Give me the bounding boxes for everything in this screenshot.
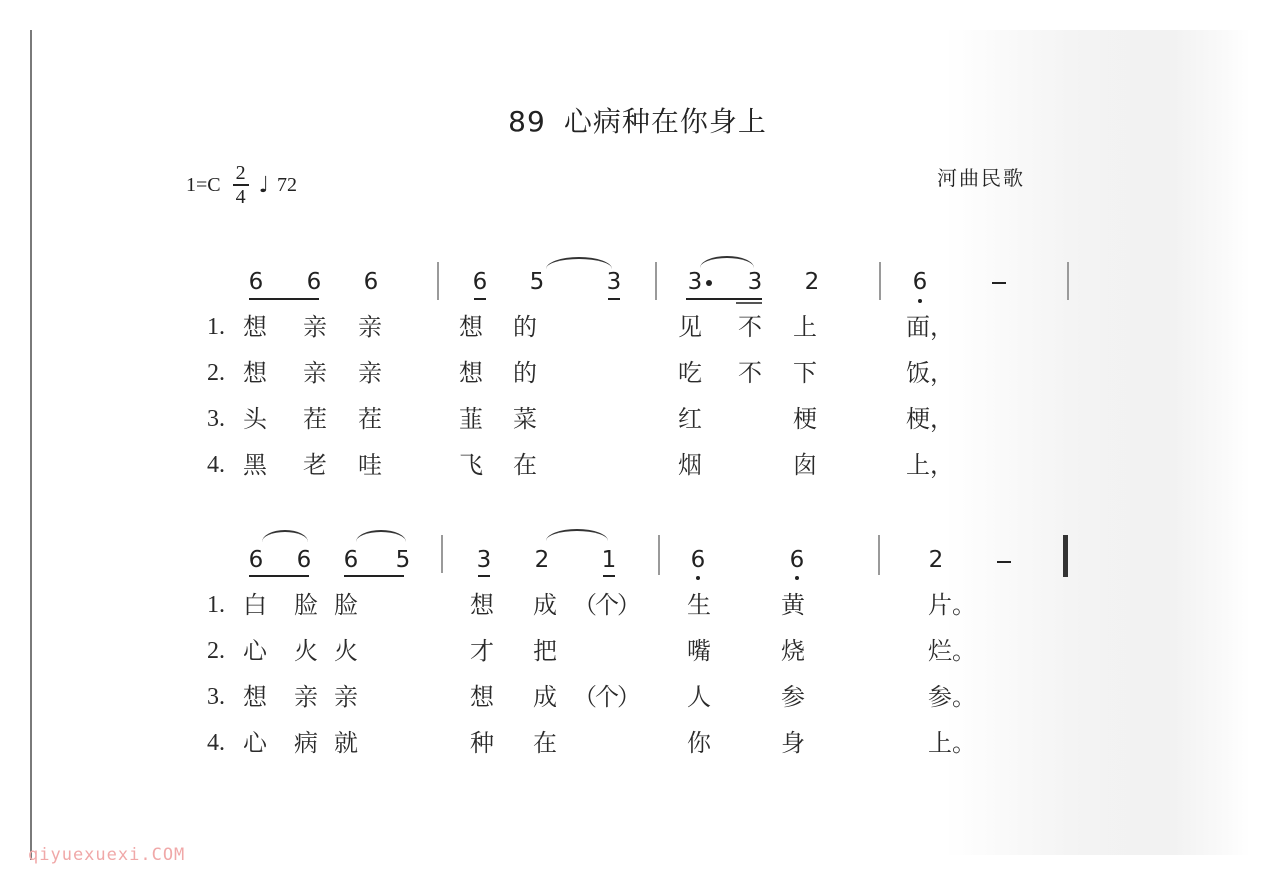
verse-number: 2.	[207, 636, 225, 666]
lyric: 嘴	[687, 636, 711, 666]
lyric: 生	[687, 590, 711, 620]
eighth-underline	[603, 575, 615, 577]
lyric: 脸	[334, 590, 358, 620]
lyric: 才	[470, 636, 494, 666]
lyric: 亲	[334, 682, 358, 712]
lyric: 脸	[294, 590, 318, 620]
note: 6	[294, 546, 314, 574]
note: 6	[787, 546, 807, 574]
lyric: 上。	[928, 728, 976, 758]
lyric: 心	[243, 636, 267, 666]
barline	[441, 535, 443, 573]
note: 1	[599, 546, 619, 574]
barline	[658, 535, 660, 575]
note: 2	[532, 546, 552, 574]
verse-number: 3.	[207, 682, 225, 712]
barline	[878, 535, 880, 575]
lyric: 身	[781, 728, 805, 758]
lyric: 你	[687, 728, 711, 758]
hold-dash	[997, 561, 1011, 563]
lyric: 白	[243, 590, 267, 620]
slur	[546, 529, 608, 541]
note: 2	[926, 546, 946, 574]
note: 5	[393, 546, 413, 574]
eighth-beam	[344, 575, 404, 577]
lyric: 想	[243, 682, 267, 712]
lyric: 亲	[294, 682, 318, 712]
lyric: 病	[294, 728, 318, 758]
lyric: 参	[781, 682, 805, 712]
lyric: 心	[243, 728, 267, 758]
note: 6	[341, 546, 361, 574]
lyric: 烧	[781, 636, 805, 666]
low-octave-dot	[795, 576, 799, 580]
lyric: 参。	[928, 682, 976, 712]
lyric: 就	[334, 728, 358, 758]
note: 6	[246, 546, 266, 574]
lyric: 黄	[781, 590, 805, 620]
lyric: 烂。	[928, 636, 976, 666]
system-2-notation: 6 6 6 5 3 2 1 6 6 2	[0, 0, 1275, 885]
lyric: 在	[533, 728, 557, 758]
final-barline	[1063, 535, 1068, 577]
lyric: 片。	[928, 590, 976, 620]
lyric: 成	[533, 590, 557, 620]
lyric: （个）	[573, 682, 639, 712]
eighth-underline	[478, 575, 490, 577]
slur	[262, 530, 308, 542]
note: 6	[688, 546, 708, 574]
note: 3	[474, 546, 494, 574]
eighth-beam	[249, 575, 309, 577]
low-octave-dot	[696, 576, 700, 580]
site-watermark: qiyuexuexi.COM	[28, 845, 185, 865]
verse-number: 1.	[207, 590, 225, 620]
lyric: 把	[533, 636, 557, 666]
lyric: 人	[687, 682, 711, 712]
lyric: 种	[470, 728, 494, 758]
lyric: 想	[470, 682, 494, 712]
lyric: 火	[294, 636, 318, 666]
slur	[356, 530, 406, 542]
lyric: 成	[533, 682, 557, 712]
lyric: （个）	[573, 590, 639, 620]
lyric: 想	[470, 590, 494, 620]
lyric: 火	[334, 636, 358, 666]
verse-number: 4.	[207, 728, 225, 758]
